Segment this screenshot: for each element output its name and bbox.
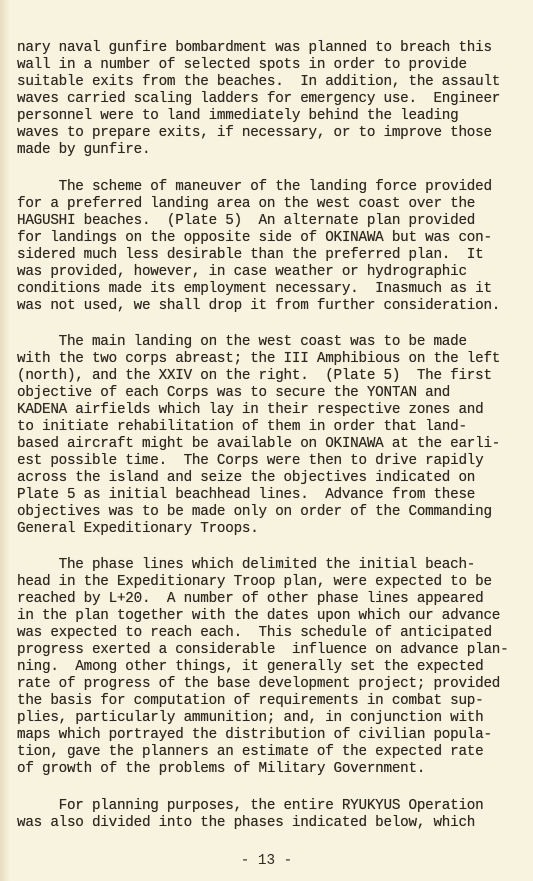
text-line: wall in a number of selected spots in or… <box>17 57 467 74</box>
text-line: of growth of the problems of Military Go… <box>17 761 425 778</box>
text-line: maps which portrayed the distribution of… <box>17 727 492 744</box>
text-line: sidered much less desirable than the pre… <box>17 247 483 264</box>
text-line: The phase lines which delimited the init… <box>17 557 475 574</box>
text-line: in the plan together with the dates upon… <box>17 608 500 625</box>
text-line: KADENA airfields which lay in their resp… <box>17 402 483 419</box>
text-line: was provided, however, in case weather o… <box>17 264 467 281</box>
text-line: ning. Among other things, it generally s… <box>17 659 483 676</box>
text-line: Plate 5 as initial beachhead lines. Adva… <box>17 487 475 504</box>
text-line: across the island and seize the objectiv… <box>17 470 475 487</box>
text-line: The main landing on the west coast was t… <box>17 334 467 351</box>
text-line: with the two corps abreast; the III Amph… <box>17 351 500 368</box>
text-line: conditions made its employment necessary… <box>17 281 492 298</box>
text-line: reached by L+20. A number of other phase… <box>17 591 483 608</box>
text-line: General Expeditionary Troops. <box>17 521 259 538</box>
text-line: was not used, we shall drop it from furt… <box>17 298 500 315</box>
text-line: for landings on the opposite side of OKI… <box>17 230 492 247</box>
text-line: objective of each Corps was to secure th… <box>17 385 450 402</box>
text-line: tion, gave the planners an estimate of t… <box>17 744 483 761</box>
text-line: rate of progress of the base development… <box>17 676 500 693</box>
text-line: suitable exits from the beaches. In addi… <box>17 74 500 91</box>
text-line: to initiate rehabilitation of them in or… <box>17 419 467 436</box>
text-line: For planning purposes, the entire RYUKYU… <box>17 798 483 815</box>
text-line: The scheme of maneuver of the landing fo… <box>17 179 492 196</box>
text-line: plies, particularly ammunition; and, in … <box>17 710 483 727</box>
text-line: for a preferred landing area on the west… <box>17 196 475 213</box>
text-line: was also divided into the phases indicat… <box>17 815 475 832</box>
text-line: objectives was to be made only on order … <box>17 504 492 521</box>
text-line: waves to prepare exits, if necessary, or… <box>17 125 492 142</box>
text-line: personnel were to land immediately behin… <box>17 108 458 125</box>
text-line: made by gunfire. <box>17 142 150 159</box>
page-number: - 13 - <box>0 853 533 870</box>
text-line: HAGUSHI beaches. (Plate 5) An alternate … <box>17 213 475 230</box>
text-line: based aircraft might be available on OKI… <box>17 436 500 453</box>
text-line: waves carried scaling ladders for emerge… <box>17 91 500 108</box>
text-line: was expected to reach each. This schedul… <box>17 625 492 642</box>
text-line: the basis for computation of requirement… <box>17 693 483 710</box>
text-line: est possible time. The Corps were then t… <box>17 453 483 470</box>
document-page: nary naval gunfire bombardment was plann… <box>0 0 533 881</box>
text-line: progress exerted a considerable influenc… <box>17 642 508 659</box>
text-line: head in the Expeditionary Troop plan, we… <box>17 574 492 591</box>
text-line: (north), and the XXIV on the right. (Pla… <box>17 368 492 385</box>
text-line: nary naval gunfire bombardment was plann… <box>17 40 492 57</box>
